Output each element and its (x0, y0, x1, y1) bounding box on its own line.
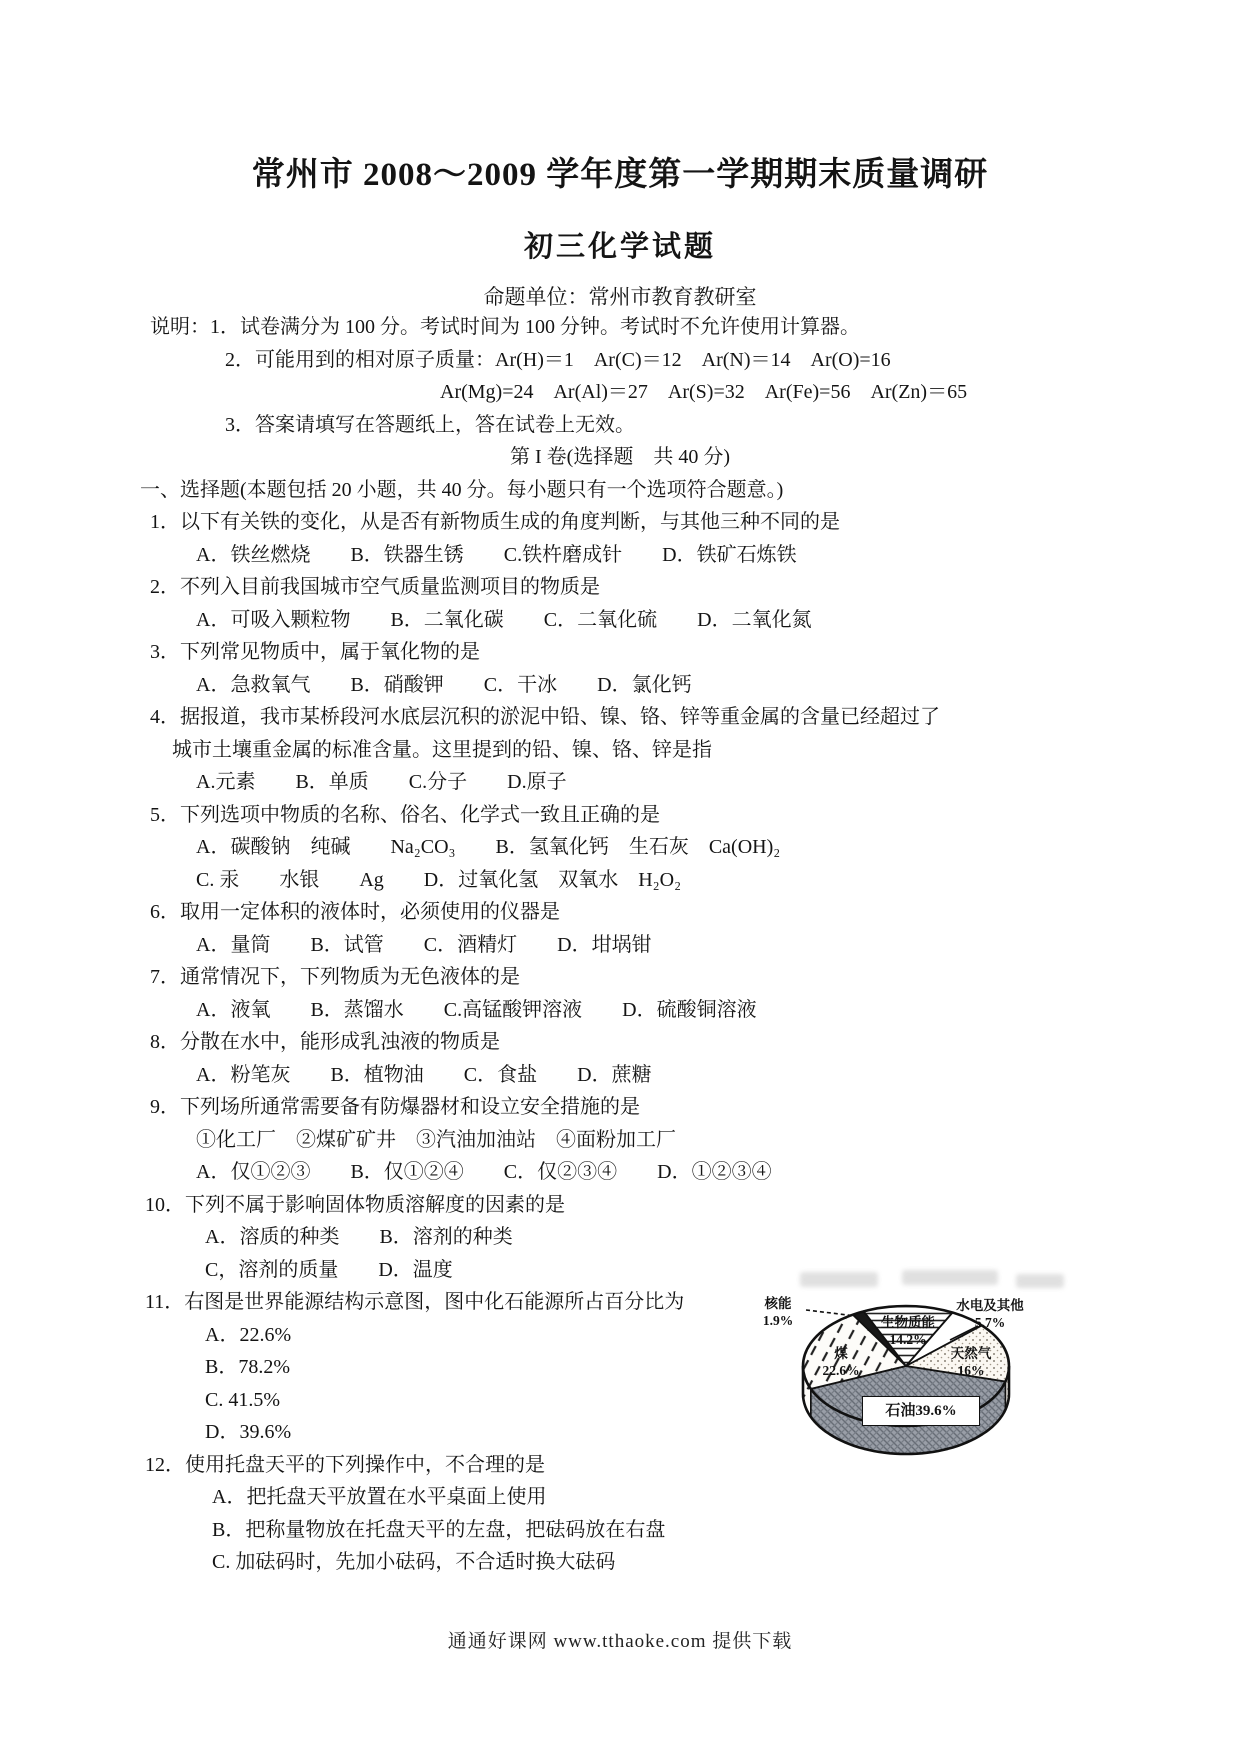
note-line-1: 说明：1．试卷满分为 100 分。考试时间为 100 分钟。考试时不允许使用计算… (0, 311, 1240, 344)
note-line-3: 3．答案请填写在答题纸上，答在试卷上无效。 (0, 409, 1240, 442)
question-9-options: A．仅①②③ B．仅①②④ C．仅②③④ D．①②③④ (0, 1156, 1240, 1189)
question-2: 2．不列入目前我国城市空气质量监测项目的物质是 (0, 571, 1240, 604)
question-5-options-ab: A．碳酸钠 纯碱 Na₂CO₃ B．氢氧化钙 生石灰 Ca(OH)₂ (0, 831, 1240, 864)
question-1: 1．以下有关铁的变化，从是否有新物质生成的角度判断，与其他三种不同的是 (0, 506, 1240, 539)
question-9-items: ①化工厂 ②煤矿矿井 ③汽油加油站 ④面粉加工厂 (0, 1124, 1240, 1157)
question-4-options: A.元素 B．单质 C.分子 D.原子 (0, 766, 1240, 799)
question-10-options-ab: A．溶质的种类 B．溶剂的种类 (0, 1221, 1240, 1254)
note-line-2: 2．可能用到的相对原子质量：Ar(H)＝1 Ar(C)＝12 Ar(N)＝14 … (0, 344, 1240, 377)
question-1-options: A．铁丝燃烧 B．铁器生锈 C.铁杵磨成针 D．铁矿石炼铁 (0, 539, 1240, 572)
pie-label-hydro-other-name: 水电及其他 (930, 1297, 1050, 1314)
question-12-option-b: B．把称量物放在托盘天平的左盘，把砝码放在右盘 (0, 1514, 1240, 1547)
question-6: 6．取用一定体积的液体时，必须使用的仪器是 (0, 896, 1240, 929)
question-3-options: A．急救氧气 B．硝酸钾 C．干冰 D．氯化钙 (0, 669, 1240, 702)
question-5: 5．下列选项中物质的名称、俗名、化学式一致且正确的是 (0, 799, 1240, 832)
pie-label-nuclear-name: 核能 (746, 1295, 810, 1312)
question-2-options: A．可吸入颗粒物 B．二氧化碳 C．二氧化硫 D．二氧化氮 (0, 604, 1240, 637)
question-5-options-cd: C. 汞 水银 Ag D．过氧化氢 双氧水 H₂O₂ (0, 864, 1240, 897)
question-4-line-1: 4．据报道，我市某桥段河水底层沉积的淤泥中铅、镍、铬、锌等重金属的含量已经超过了 (0, 701, 1240, 734)
footer-line: 通通好课网 www.tthaoke.com 提供下载 (0, 1626, 1240, 1653)
pie-label-natural-gas: 天然气 16% (934, 1345, 1008, 1379)
question-6-options: A．量筒 B．试管 C．酒精灯 D．坩埚钳 (0, 929, 1240, 962)
pie-label-nuclear: 核能 1.9% (746, 1295, 810, 1329)
exam-paper-page: 常州市 2008～2009 学年度第一学期期末质量调研 初三化学试题 命题单位：… (0, 0, 1240, 1754)
pie-label-coal-value: 22.6% (804, 1362, 878, 1379)
question-10: 10．下列不属于影响固体物质溶解度的因素的是 (0, 1189, 1240, 1222)
question-8: 8．分散在水中，能形成乳浊液的物质是 (0, 1026, 1240, 1059)
question-7: 7．通常情况下，下列物质为无色液体的是 (0, 961, 1240, 994)
pie-label-nuclear-value: 1.9% (746, 1312, 810, 1329)
pie-label-oil: 石油39.6% (862, 1396, 980, 1426)
page-subtitle: 初三化学试题 (0, 224, 1240, 265)
pie-label-coal: 煤 22.6% (804, 1345, 878, 1379)
question-3: 3．下列常见物质中，属于氧化物的是 (0, 636, 1240, 669)
issuer-line: 命题单位：常州市教育教研室 (0, 281, 1240, 311)
page-title: 常州市 2008～2009 学年度第一学期期末质量调研 (0, 148, 1240, 195)
question-12-option-c: C. 加砝码时，先加小砝码，不合适时换大砝码 (0, 1546, 1240, 1579)
pie-label-natural-gas-value: 16% (934, 1362, 1008, 1379)
pie-label-biomass-name: 生物质能 (858, 1314, 958, 1331)
note-line-2b: Ar(Mg)=24 Ar(Al)＝27 Ar(S)=32 Ar(Fe)=56 A… (0, 376, 1240, 409)
section-intro: 一、选择题(本题包括 20 小题，共 40 分。每小题只有一个选项符合题意。) (0, 474, 1240, 507)
question-8-options: A．粉笔灰 B．植物油 C．食盐 D．蔗糖 (0, 1059, 1240, 1092)
question-4-line-2: 城市土壤重金属的标准含量。这里提到的铅、镍、铬、锌是指 (0, 734, 1240, 767)
energy-structure-pie-chart: 核能 1.9% 水电及其他 5.7% 生物质能 14.2% 天然气 16% 煤 … (740, 1282, 1070, 1487)
section-heading: 第 I 卷(选择题 共 40 分) (0, 441, 1240, 474)
question-9: 9．下列场所通常需要备有防爆器材和设立安全措施的是 (0, 1091, 1240, 1124)
pie-label-natural-gas-name: 天然气 (934, 1345, 1008, 1362)
question-7-options: A．液氧 B．蒸馏水 C.高锰酸钾溶液 D．硫酸铜溶液 (0, 994, 1240, 1027)
pie-label-biomass: 生物质能 14.2% (858, 1314, 958, 1348)
pie-label-coal-name: 煤 (804, 1345, 878, 1362)
